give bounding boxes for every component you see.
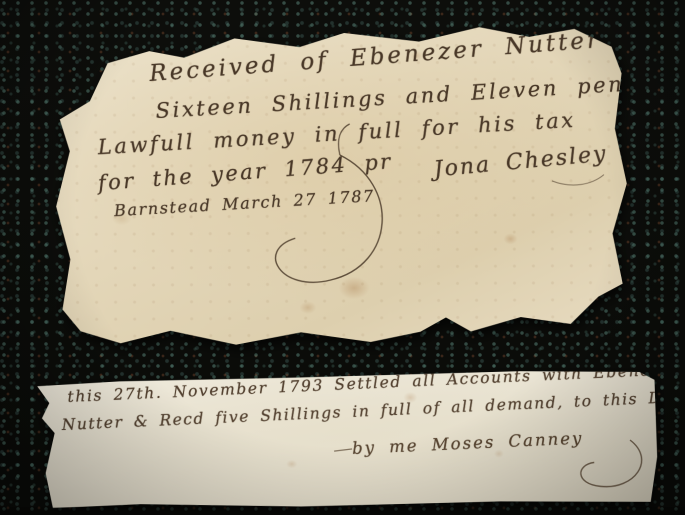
receipt-1793: this 27th. November 1793 Settled all Acc… xyxy=(33,368,662,511)
receipt-1787-line-5: Barnstead March 27 1787 xyxy=(114,186,376,220)
receipt-1793-paper: this 27th. November 1793 Settled all Acc… xyxy=(33,368,662,511)
receipt-1787-paper: Received of Ebenezer Nutter Sixteen Shil… xyxy=(51,22,633,347)
receipt-1793-signature: by me Moses Canney xyxy=(352,428,584,457)
photo-bottom-shadow xyxy=(0,507,685,515)
receipt-1787: Received of Ebenezer Nutter Sixteen Shil… xyxy=(51,22,633,347)
receipt-1787-signature: Jona Chesley xyxy=(433,141,609,182)
photo-of-documents: Received of Ebenezer Nutter Sixteen Shil… xyxy=(0,0,685,515)
